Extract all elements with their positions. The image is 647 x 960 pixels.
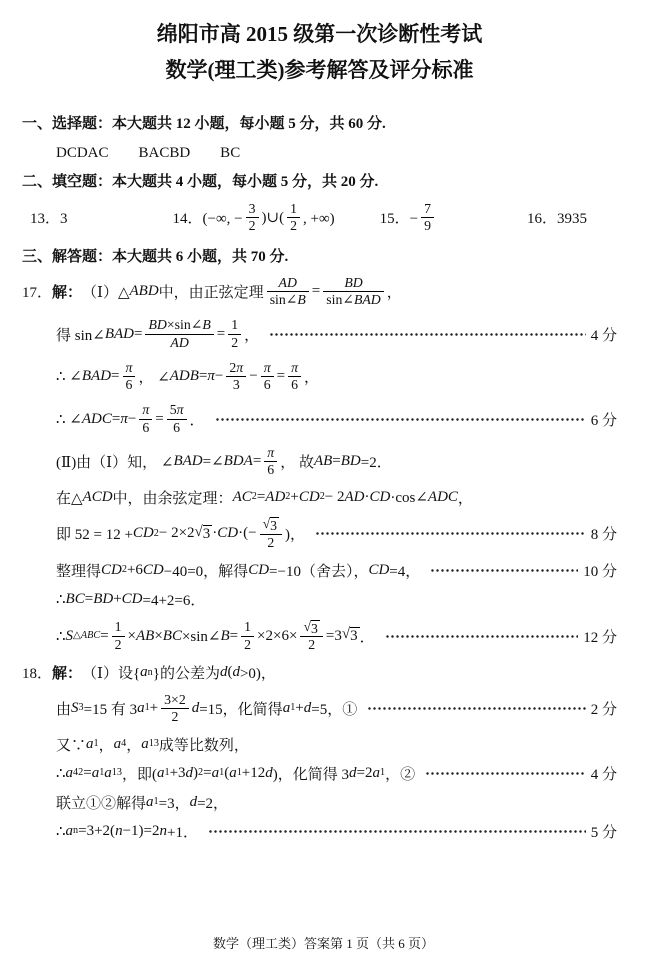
score-label: 6 分 xyxy=(591,409,617,430)
dot-leader xyxy=(208,829,586,834)
line-text: ∴ an=3+2(n−1)=2n+1． xyxy=(56,821,198,842)
solution-line: ∴ BC=BD+CD=4+2=6． xyxy=(22,589,617,611)
fraction: 12 xyxy=(112,619,125,653)
line-text: (Ⅱ)由（Ⅰ）知， ∠BAD=∠BDA=π6， 故 AB=BD=2． xyxy=(56,444,392,480)
fraction: √32 xyxy=(260,516,282,551)
solution-line: 联立①②解得 a1=3， d=2， xyxy=(22,791,617,813)
line-text: 整理得 CD2+6CD−40=0，解得 CD=−10（舍去）， CD=4， xyxy=(56,560,420,581)
fraction: BD×sin∠BAD xyxy=(145,317,213,351)
dot-leader xyxy=(269,332,586,337)
fraction: 2π3 xyxy=(226,360,246,394)
line-text: 17．解：（Ⅰ）△ABD 中，由正弦定理 ADsin∠B = BDsin∠BAD… xyxy=(22,274,402,310)
fraction: π6 xyxy=(264,445,277,479)
line-text: ∴ a42=a1a13，即(a1+3d)2=a1(a1+12d)，化简得 3d=… xyxy=(56,763,415,784)
line-text: 得 sin∠BAD = BD×sin∠BAD = 12， xyxy=(56,316,259,352)
fraction: π6 xyxy=(139,402,152,436)
score-label: 10 分 xyxy=(583,560,617,581)
fraction: 79 xyxy=(421,201,434,235)
fraction: 12 xyxy=(287,201,300,235)
square-root: √3 xyxy=(195,525,213,543)
dot-leader xyxy=(315,531,586,536)
solution-line: 由 S3=15 有 3a1+3×22d =15，化简得 a1+d=5，①2 分 xyxy=(22,691,617,727)
score-label: 4 分 xyxy=(591,763,617,784)
fraction: 5π6 xyxy=(167,402,187,436)
dot-leader xyxy=(425,771,586,776)
dot-leader xyxy=(385,634,579,639)
solution-line: ∴ ∠ADC=π−π6=5π6．6 分 xyxy=(22,401,617,437)
line-text: ∴ ∠BAD=π6， ∠ADB=π−2π3−π6=π6， xyxy=(56,359,319,395)
score-label: 5 分 xyxy=(591,821,617,842)
score-label: 4 分 xyxy=(591,324,617,345)
score-label: 12 分 xyxy=(583,626,617,647)
page-footer: 数学（理工类）答案第 1 页（共 6 页） xyxy=(0,933,647,952)
line-text: ∴ BC=BD+CD=4+2=6． xyxy=(56,589,205,610)
solution-line: ∴ an=3+2(n−1)=2n+1．5 分 xyxy=(22,820,617,842)
section-header: 二、填空题：本大题共 4 小题，每小题 5 分，共 20 分. xyxy=(22,169,617,191)
solution-line: DCDAC BACBD BC xyxy=(22,140,617,162)
solution-line: (Ⅱ)由（Ⅰ）知， ∠BAD=∠BDA=π6， 故 AB=BD=2． xyxy=(22,444,617,480)
fraction: √32 xyxy=(300,619,322,654)
fraction: 32 xyxy=(246,201,259,235)
solution-line: 即 52 = 12 + CD2 − 2×2√3·CD·(−√32)，8 分 xyxy=(22,515,617,552)
fraction: 12 xyxy=(241,619,254,653)
solution-line: ∴ a42=a1a13，即(a1+3d)2=a1(a1+12d)，化简得 3d=… xyxy=(22,762,617,784)
section-header: 三、解答题：本大题共 6 小题，共 70 分. xyxy=(22,245,617,267)
solution-line: ∴ ∠BAD=π6， ∠ADB=π−2π3−π6=π6， xyxy=(22,359,617,395)
square-root: √3 xyxy=(263,517,279,534)
document-title-block: 绵阳市高 2015 级第一次诊断性考试 数学(理工类)参考解答及评分标准 xyxy=(22,18,617,87)
solution-line: 整理得 CD2+6CD−40=0，解得 CD=−10（舍去）， CD=4，10 … xyxy=(22,560,617,582)
solution-line: 在△ACD 中，由余弦定理： AC2 = AD2 + CD2 − 2AD·CD·… xyxy=(22,486,617,508)
line-text: 二、填空题：本大题共 4 小题，每小题 5 分，共 20 分. xyxy=(22,170,378,191)
line-text: 即 52 = 12 + CD2 − 2×2√3·CD·(−√32)， xyxy=(56,515,305,552)
score-label: 8 分 xyxy=(591,523,617,544)
square-root: √3 xyxy=(342,627,360,645)
score-label: 2 分 xyxy=(591,698,617,719)
section-header: 一、选择题：本大题共 12 小题，每小题 5 分，共 60 分. xyxy=(22,111,617,133)
doc-title-line2: 数学(理工类)参考解答及评分标准 xyxy=(22,54,617,88)
dot-leader xyxy=(430,568,578,573)
document-body: 一、选择题：本大题共 12 小题，每小题 5 分，共 60 分.DCDAC BA… xyxy=(22,111,617,842)
line-text: 18．解：（Ⅰ）设{an}的公差为 d(d>0)， xyxy=(22,662,276,683)
line-text: DCDAC BACBD BC xyxy=(56,141,240,162)
line-text: ∴ ∠ADC=π−π6=5π6． xyxy=(56,401,205,437)
line-text: 在△ACD 中，由余弦定理： AC2 = AD2 + CD2 − 2AD·CD·… xyxy=(56,487,473,508)
fraction: 3×22 xyxy=(161,692,189,726)
fraction: π6 xyxy=(288,360,301,394)
line-text: 联立①②解得 a1=3， d=2， xyxy=(56,792,228,813)
square-root: √3 xyxy=(303,620,319,637)
fraction: BDsin∠BAD xyxy=(323,275,384,309)
doc-title-line1: 绵阳市高 2015 级第一次诊断性考试 xyxy=(22,18,617,52)
line-text: 三、解答题：本大题共 6 小题，共 70 分. xyxy=(22,245,288,266)
dot-leader xyxy=(367,706,586,711)
fraction: π6 xyxy=(123,360,136,394)
blank-answers-line: 13．3 14．(−∞, −32)∪(12, +∞) 15．−79 16．393… xyxy=(22,200,617,236)
question-line: 18．解：（Ⅰ）设{an}的公差为 d(d>0)， xyxy=(22,662,617,684)
solution-line: 得 sin∠BAD = BD×sin∠BAD = 12，4 分 xyxy=(22,316,617,352)
dot-leader xyxy=(215,417,586,422)
question-line: 17．解：（Ⅰ）△ABD 中，由正弦定理 ADsin∠B = BDsin∠BAD… xyxy=(22,274,617,310)
solution-line: 又∵ a1， a4， a13 成等比数列， xyxy=(22,733,617,755)
document-page: 绵阳市高 2015 级第一次诊断性考试 数学(理工类)参考解答及评分标准 一、选… xyxy=(0,0,647,960)
fraction: 12 xyxy=(228,317,241,351)
line-text: ∴ S△ABC=12×AB×BC×sin∠B=12×2×6×√32=3√3． xyxy=(56,618,375,655)
line-text: 13．3 14．(−∞, −32)∪(12, +∞) 15．−79 16．393… xyxy=(30,200,587,236)
line-text: 又∵ a1， a4， a13 成等比数列， xyxy=(56,734,249,755)
line-text: 由 S3=15 有 3a1+3×22d =15，化简得 a1+d=5，① xyxy=(56,691,357,727)
solution-line: ∴ S△ABC=12×AB×BC×sin∠B=12×2×6×√32=3√3．12… xyxy=(22,618,617,655)
fraction: ADsin∠B xyxy=(267,275,309,309)
line-text: 一、选择题：本大题共 12 小题，每小题 5 分，共 60 分. xyxy=(22,112,386,133)
fraction: π6 xyxy=(261,360,274,394)
